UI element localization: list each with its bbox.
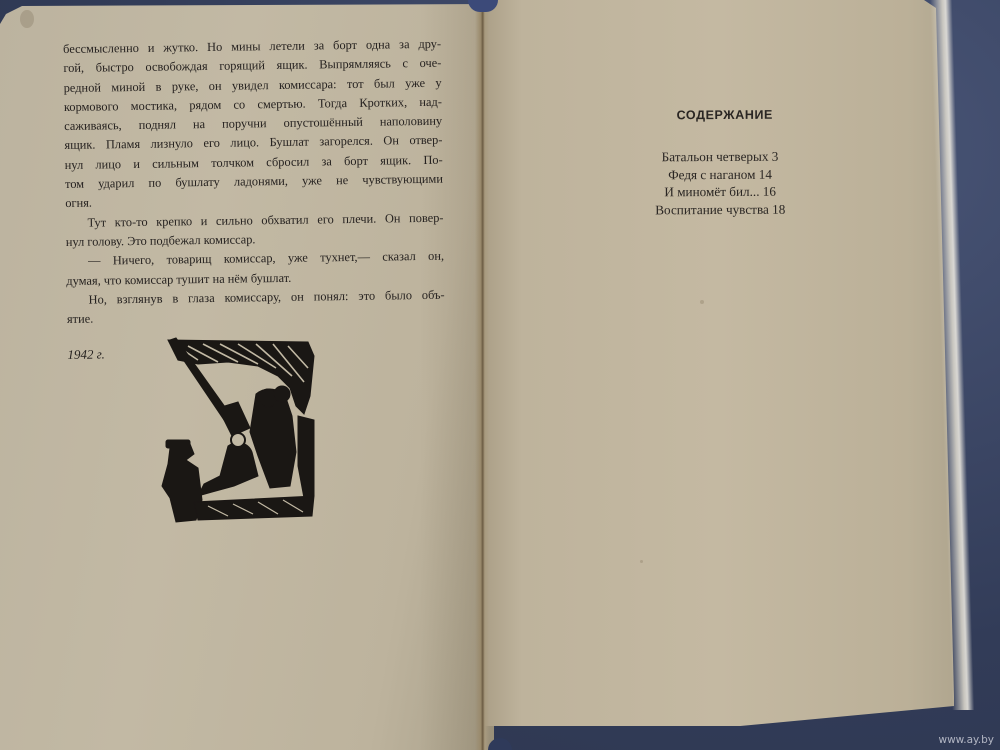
- toc-item: И миномёт бил... 16: [610, 183, 830, 202]
- toc-item: Федя с наганом 14: [610, 165, 830, 184]
- illustration-sailors-gun: [158, 336, 316, 524]
- book-spine: [475, 0, 489, 750]
- table-of-contents: СОДЕРЖАНИЕ Батальон четверых 3 Федя с на…: [610, 99, 831, 219]
- paragraph-1: бессмысленно и жутко. Но мины летели за …: [63, 35, 443, 214]
- story-text: бессмысленно и жутко. Но мины летели за …: [63, 35, 445, 365]
- paragraph-3: — Ничего, товарищ комиссар, уже тухнет,—…: [66, 247, 445, 291]
- toc-list: Батальон четверых 3 Федя с наганом 14 И …: [610, 147, 830, 219]
- paragraph-2: Тут кто-то крепко и сильно обхватил его …: [65, 208, 444, 252]
- paragraph-4: Но, взглянув в глаза комиссару, он понял…: [67, 286, 446, 330]
- ink-drawing-icon: [158, 336, 316, 524]
- paper-speck: [700, 300, 704, 304]
- paper-speck: [640, 560, 643, 563]
- watermark: www.ay.by: [938, 734, 994, 746]
- toc-title: СОДЕРЖАНИЕ: [610, 107, 830, 122]
- paper-stain: [20, 10, 34, 28]
- toc-item: Батальон четверых 3: [610, 147, 830, 166]
- toc-item: Воспитание чувства 18: [610, 200, 830, 219]
